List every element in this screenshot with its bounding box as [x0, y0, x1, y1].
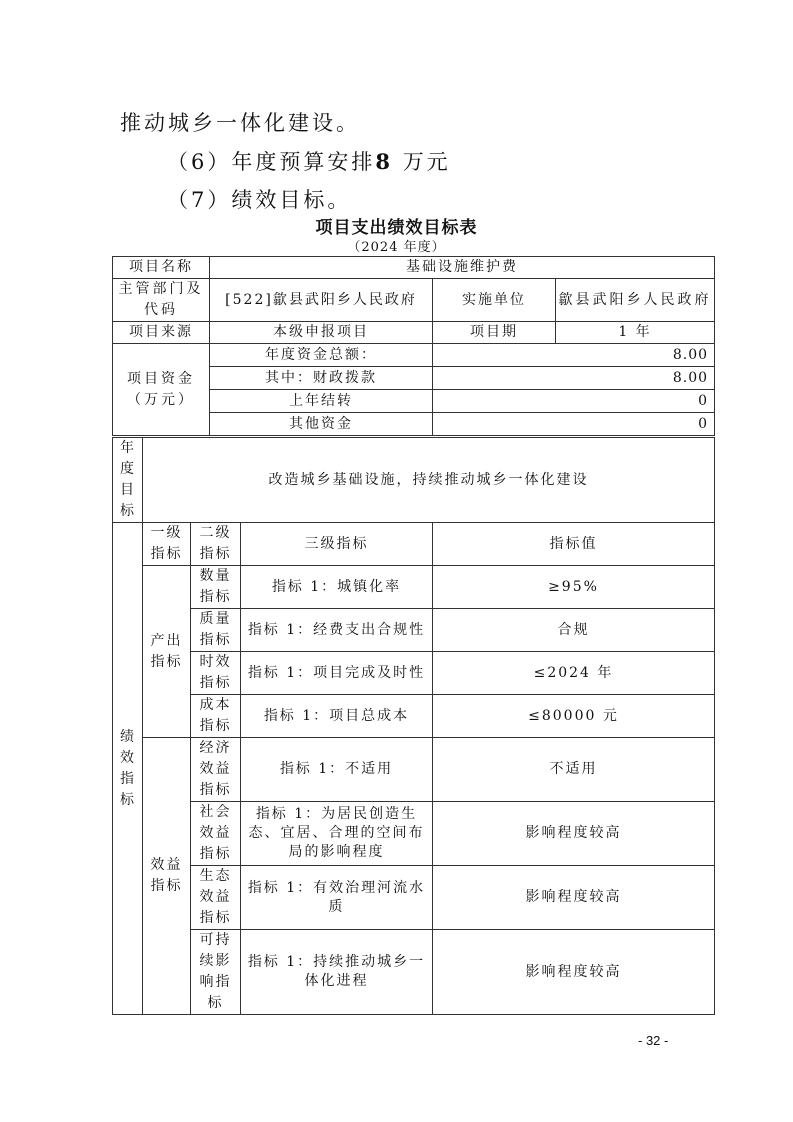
budget-prefix: （6）年度预算安排	[167, 150, 375, 174]
value-cell: 影响程度较高	[433, 866, 715, 930]
body-paragraph-line: 推动城乡一体化建设。	[120, 107, 360, 137]
performance-indicators-label: 绩效指标	[113, 523, 143, 1015]
funds-row-value: 0	[433, 413, 715, 436]
funds-row-label: 其中：财政拨款	[210, 367, 433, 390]
table-row: 年度目标 改造城乡基础设施，持续推动城乡一体化建设	[113, 438, 715, 523]
value-cell: 不适用	[433, 738, 715, 802]
value-cell: 影响程度较高	[433, 802, 715, 866]
table-header-row: 绩效指标 一级指标 二级指标 三级指标 指标值	[113, 523, 715, 566]
level2-cell: 时效指标	[191, 652, 241, 695]
level3-cell: 指标 1：有效治理河流水质	[241, 866, 433, 930]
level2-cell: 社会效益指标	[191, 802, 241, 866]
goals-heading: （7）绩效目标。	[167, 184, 351, 214]
table-row: 社会效益指标 指标 1：为居民创造生态、宜居、合理的空间布局的影响程度 影响程度…	[113, 802, 715, 866]
table-row: 项目资金（万元） 年度资金总额： 8.00	[113, 344, 715, 367]
level2-cell: 生态效益指标	[191, 866, 241, 930]
impl-unit-value: 歙县武阳乡人民政府	[556, 279, 715, 322]
level2-cell: 质量指标	[191, 609, 241, 652]
value-cell: ≤80000 元	[433, 695, 715, 738]
period-value: 1 年	[556, 322, 715, 344]
level2-cell: 经济效益指标	[191, 738, 241, 802]
project-name-label: 项目名称	[113, 257, 210, 279]
table-row: 质量指标 指标 1：经费支出合规性 合规	[113, 609, 715, 652]
page-number: - 32 -	[638, 1033, 668, 1048]
annual-goal-label: 年度目标	[113, 438, 143, 523]
table-row: 时效指标 指标 1：项目完成及时性 ≤2024 年	[113, 652, 715, 695]
performance-indicator-table: 年度目标 改造城乡基础设施，持续推动城乡一体化建设 绩效指标 一级指标 二级指标…	[112, 437, 715, 1015]
budget-amount: 8	[375, 149, 393, 174]
funds-row-label: 其他资金	[210, 413, 433, 436]
source-label: 项目来源	[113, 322, 210, 344]
value-cell: 合规	[433, 609, 715, 652]
table-row: 成本指标 指标 1：项目总成本 ≤80000 元	[113, 695, 715, 738]
period-label: 项目期	[433, 322, 556, 344]
table-row: 项目名称 基础设施维护费	[113, 257, 715, 279]
header-level1: 一级指标	[143, 523, 191, 566]
level2-cell: 数量指标	[191, 566, 241, 609]
funds-row-label: 年度资金总额：	[210, 344, 433, 367]
table-row: 可持续影响指标 指标 1：持续推动城乡一体化进程 影响程度较高	[113, 930, 715, 1015]
table-row: 生态效益指标 指标 1：有效治理河流水质 影响程度较高	[113, 866, 715, 930]
table-subtitle: （2024 年度）	[0, 236, 793, 255]
table-row: 项目来源 本级申报项目 项目期 1 年	[113, 322, 715, 344]
header-level2: 二级指标	[191, 523, 241, 566]
value-cell: ≥95%	[433, 566, 715, 609]
dept-value: [522]歙县武阳乡人民政府	[210, 279, 433, 322]
funds-row-label: 上年结转	[210, 390, 433, 413]
level3-cell: 指标 1：项目完成及时性	[241, 652, 433, 695]
project-name-value: 基础设施维护费	[210, 257, 715, 279]
annual-goal-value: 改造城乡基础设施，持续推动城乡一体化建设	[143, 438, 715, 523]
source-value: 本级申报项目	[210, 322, 433, 344]
funds-row-value: 0	[433, 390, 715, 413]
table-row: 产出指标 数量指标 指标 1：城镇化率 ≥95%	[113, 566, 715, 609]
level2-cell: 成本指标	[191, 695, 241, 738]
header-value: 指标值	[433, 523, 715, 566]
impl-unit-label: 实施单位	[433, 279, 556, 322]
funds-label: 项目资金（万元）	[113, 344, 210, 436]
budget-paragraph: （6）年度预算安排8 万元	[167, 146, 451, 176]
level1-output: 产出指标	[143, 566, 191, 738]
value-cell: ≤2024 年	[433, 652, 715, 695]
level1-benefit: 效益指标	[143, 738, 191, 1015]
table-row: 主管部门及代码 [522]歙县武阳乡人民政府 实施单位 歙县武阳乡人民政府	[113, 279, 715, 322]
level3-cell: 指标 1：为居民创造生态、宜居、合理的空间布局的影响程度	[241, 802, 433, 866]
table-row: 效益指标 经济效益指标 指标 1：不适用 不适用	[113, 738, 715, 802]
value-cell: 影响程度较高	[433, 930, 715, 1015]
header-level3: 三级指标	[241, 523, 433, 566]
level3-cell: 指标 1：不适用	[241, 738, 433, 802]
funds-row-value: 8.00	[433, 344, 715, 367]
level3-cell: 指标 1：经费支出合规性	[241, 609, 433, 652]
level3-cell: 指标 1：项目总成本	[241, 695, 433, 738]
level3-cell: 指标 1：持续推动城乡一体化进程	[241, 930, 433, 1015]
level2-cell: 可持续影响指标	[191, 930, 241, 1015]
funds-row-value: 8.00	[433, 367, 715, 390]
project-info-table: 项目名称 基础设施维护费 主管部门及代码 [522]歙县武阳乡人民政府 实施单位…	[112, 256, 715, 436]
budget-suffix: 万元	[403, 150, 451, 174]
table-title: 项目支出绩效目标表	[0, 213, 793, 238]
dept-label: 主管部门及代码	[113, 279, 210, 322]
level3-cell: 指标 1：城镇化率	[241, 566, 433, 609]
